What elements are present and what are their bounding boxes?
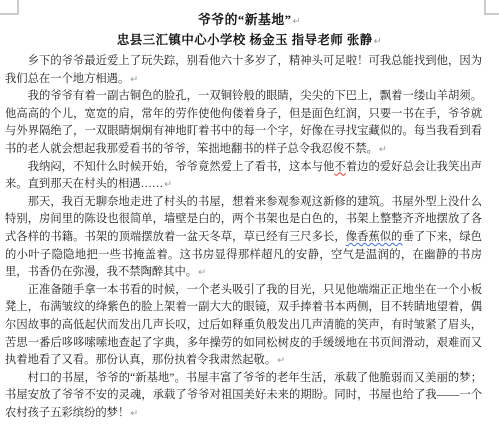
word-document-page: 爷爷的“新基地”↵ 忠县三汇镇中心小学校 杨金玉 指导老师 张静↵ 乡下的爷爷最… (0, 0, 499, 431)
paragraph[interactable]: 乡下的爷爷最近爱上了玩失踪，别看他六十多岁了，精神头可足啦！可我总能找到他，因为… (5, 53, 482, 88)
spelling-error-text: 不 (334, 161, 345, 173)
text-run: 正准备随手拿一本书看的时候，一个老头吸引了我的目光，只见他端端正正地坐在一个小板… (5, 284, 482, 366)
paragraph-mark-icon: ↵ (163, 179, 172, 190)
paragraph-mark-icon: ↵ (197, 267, 206, 278)
grammar-error-text: 像香蕉似的 (346, 231, 403, 243)
paragraph[interactable]: 那天，我百无聊奈地走进了村头的书屋，想着来参观参观这新修的建筑。书屋外型上没什么… (5, 194, 482, 282)
document-body[interactable]: 乡下的爷爷最近爱上了玩失踪，别看他六十多岁了，精神头可足啦！可我总能找到他，因为… (5, 53, 482, 422)
paragraph-mark-icon: ↵ (276, 355, 285, 366)
document-byline-text: 忠县三汇镇中心小学校 杨金玉 指导老师 张静 (117, 33, 373, 47)
text-run: 乡下的爷爷最近爱上了玩失踪，别看他六十多岁了，精神头可足啦！可我总能找到他，因为… (5, 55, 482, 85)
paragraph-mark-icon: ↵ (378, 144, 387, 155)
paragraph-mark-icon: ↵ (129, 408, 138, 419)
paragraph-mark-icon: ↵ (129, 74, 138, 85)
paragraph[interactable]: 我的爷爷有着一副古铜色的脸孔，一双铜铃般的眼睛，尖尖的下巴上，飘着一缕山羊胡须。… (5, 88, 482, 158)
paragraph-mark-icon: ↵ (373, 36, 382, 47)
text-run: 我纳闷，不知什么时候开始，爷爷竟然爱上了看书，这本与他 (28, 161, 335, 173)
text-run: 村口的书屋，爷爷的“新基地”。书屋丰富了爷爷的老年生活，承载了他脆弱而又美丽的梦… (5, 372, 482, 419)
paragraph[interactable]: 村口的书屋，爷爷的“新基地”。书屋丰富了爷爷的老年生活，承载了他脆弱而又美丽的梦… (5, 370, 482, 423)
paragraph[interactable]: 我纳闷，不知什么时候开始，爷爷竟然爱上了看书，这本与他不着边的爱好总会让我笑出声… (5, 159, 482, 194)
document-byline[interactable]: 忠县三汇镇中心小学校 杨金玉 指导老师 张静↵ (0, 31, 499, 51)
document-header: 爷爷的“新基地”↵ 忠县三汇镇中心小学校 杨金玉 指导老师 张静↵ (0, 11, 499, 51)
paragraph-mark-icon: ↵ (292, 16, 301, 27)
text-run: 我的爷爷有着一副古铜色的脸孔，一双铜铃般的眼睛，尖尖的下巴上，飘着一缕山羊胡须。… (5, 90, 482, 155)
document-title[interactable]: 爷爷的“新基地”↵ (0, 11, 499, 31)
paragraph[interactable]: 正准备随手拿一本书看的时候，一个老头吸引了我的目光，只见他端端正正地坐在一个小板… (5, 282, 482, 370)
document-title-text: 爷爷的“新基地” (198, 13, 292, 27)
